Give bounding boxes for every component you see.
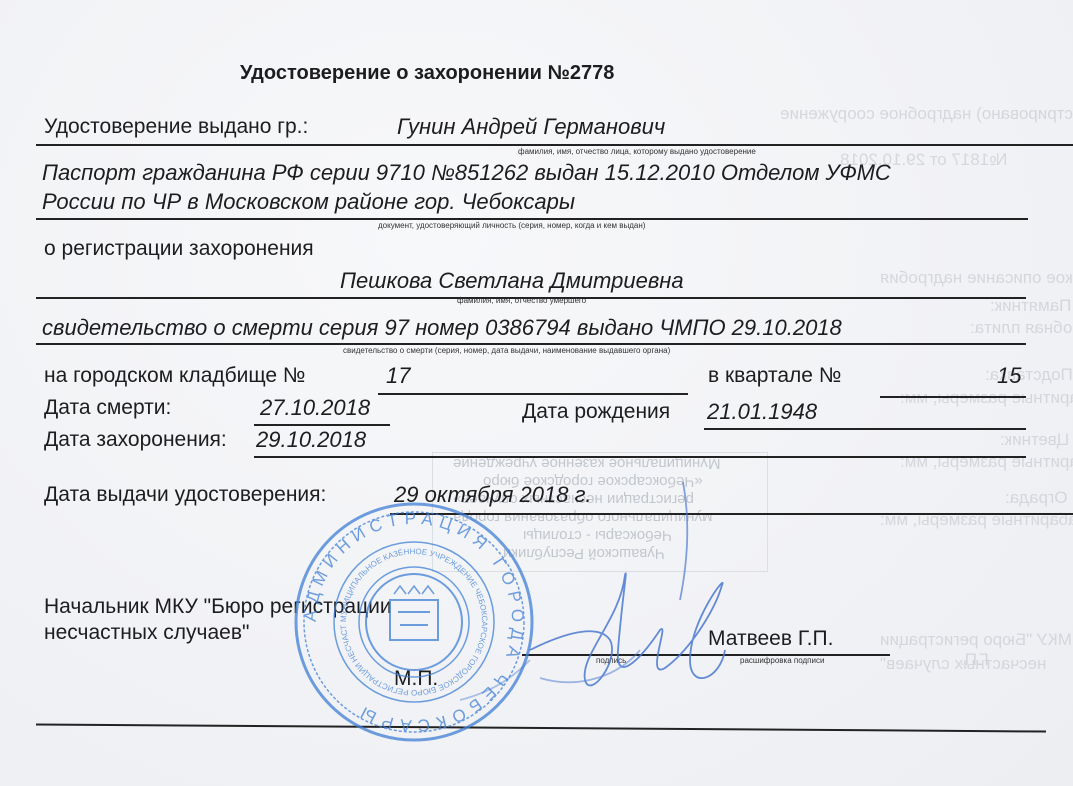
svg-text:МУНИЦИПАЛЬНОЕ КАЗЁННОЕ УЧРЕЖДЕ: МУНИЦИПАЛЬНОЕ КАЗЁННОЕ УЧРЕЖДЕНИЕ ЧЕБОКС…: [0, 0, 489, 697]
stamp-inner-text: МУНИЦИПАЛЬНОЕ КАЗЁННОЕ УЧРЕЖДЕНИЕ ЧЕБОКС…: [0, 0, 489, 697]
document-page: Установлено (зарегистрировано) надгробно…: [0, 0, 1073, 786]
stamp-and-signature-layer: АДМИНИСТРАЦИЯ ГОРОДА ЧЕБОКСАРЫ МУНИЦИПАЛ…: [0, 0, 1073, 786]
round-stamp: АДМИНИСТРАЦИЯ ГОРОДА ЧЕБОКСАРЫ МУНИЦИПАЛ…: [0, 0, 532, 740]
